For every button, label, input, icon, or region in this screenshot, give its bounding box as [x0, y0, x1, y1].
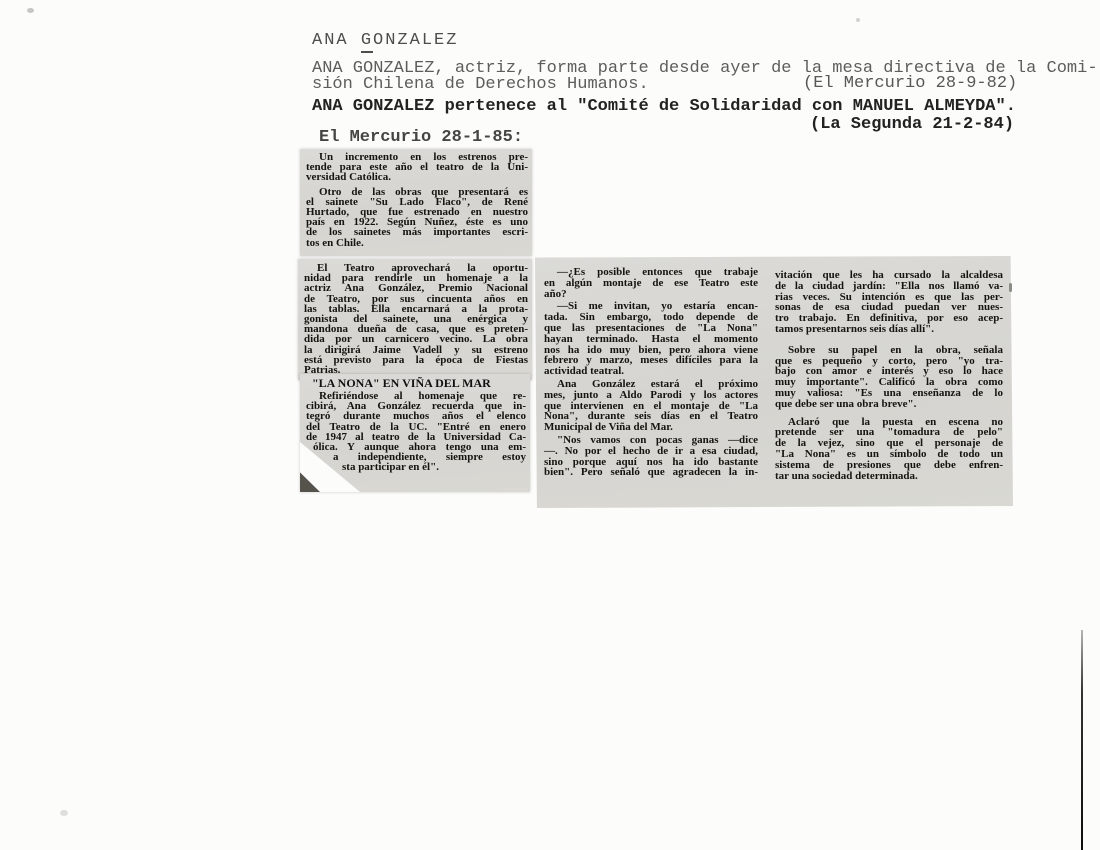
paragraph: Un incremento en los estrenos pre-tende …: [300, 152, 532, 183]
scan-speck: [856, 18, 860, 22]
clipping-column1-block1: Un incremento en los estrenos pre-tende …: [300, 149, 532, 256]
paragraph: Ana González estará el próximomes, junto…: [538, 379, 762, 433]
interview-question: —¿Es posible entonces que trabajeen algú…: [538, 267, 762, 299]
scan-speck: [27, 8, 34, 13]
paragraph: "Nos vamos con pocas ganas —dice—. No po…: [538, 435, 762, 478]
section-subhead: "LA NONA" EN VIÑA DEL MAR: [300, 376, 530, 391]
typed-subject-name: ANA GONZALEZ: [312, 31, 458, 50]
paragraph: —Si me invitan, yo estaría encan-tada. S…: [538, 301, 762, 377]
paragraph: Otro de las obras que presentará esel sa…: [300, 187, 532, 248]
typed-note2-source: (La Segunda 21-2-84): [810, 115, 1014, 134]
name-underlined-initial: G: [361, 31, 373, 53]
typed-article-dateline: El Mercurio 28-1-85:: [319, 128, 523, 147]
paragraph: vitación que les ha cursado la alcaldesa…: [769, 270, 1007, 335]
clipping-interview-block: —¿Es posible entonces que trabajeen algú…: [535, 256, 1013, 508]
name-prefix: ANA: [312, 31, 361, 50]
scanner-edge-line: [1081, 630, 1083, 850]
scan-speck: [1009, 283, 1012, 292]
paragraph: Refiriéndose al homenaje que re-cibirá, …: [300, 391, 530, 473]
scan-speck: [60, 810, 68, 816]
paragraph: Aclaró que la puesta en escena nopretend…: [769, 417, 1007, 482]
clipping-column1-block3: "LA NONA" EN VIÑA DEL MAR Refiriéndose a…: [300, 374, 530, 492]
name-rest: ONZALEZ: [373, 31, 458, 50]
paragraph: Sobre su papel en la obra, señalaque es …: [769, 345, 1007, 410]
document-scan-page: { "typed_header": { "name": {"prefix": "…: [0, 0, 1100, 850]
newspaper-column-2: —¿Es posible entonces que trabajeen algú…: [538, 265, 762, 478]
newspaper-column-3: vitación que les ha cursado la alcaldesa…: [769, 270, 1007, 481]
paragraph: El Teatro aprovechará la oportu-nidad pa…: [298, 263, 532, 375]
typed-note2-line: ANA GONZALEZ pertenece al "Comité de Sol…: [312, 97, 1016, 116]
typed-note1-line2: sión Chilena de Derechos Humanos.: [312, 75, 649, 94]
clipping-column1-block2: El Teatro aprovechará la oportu-nidad pa…: [298, 259, 532, 380]
typed-note1-source: (El Mercurio 28-9-82): [803, 74, 1017, 93]
